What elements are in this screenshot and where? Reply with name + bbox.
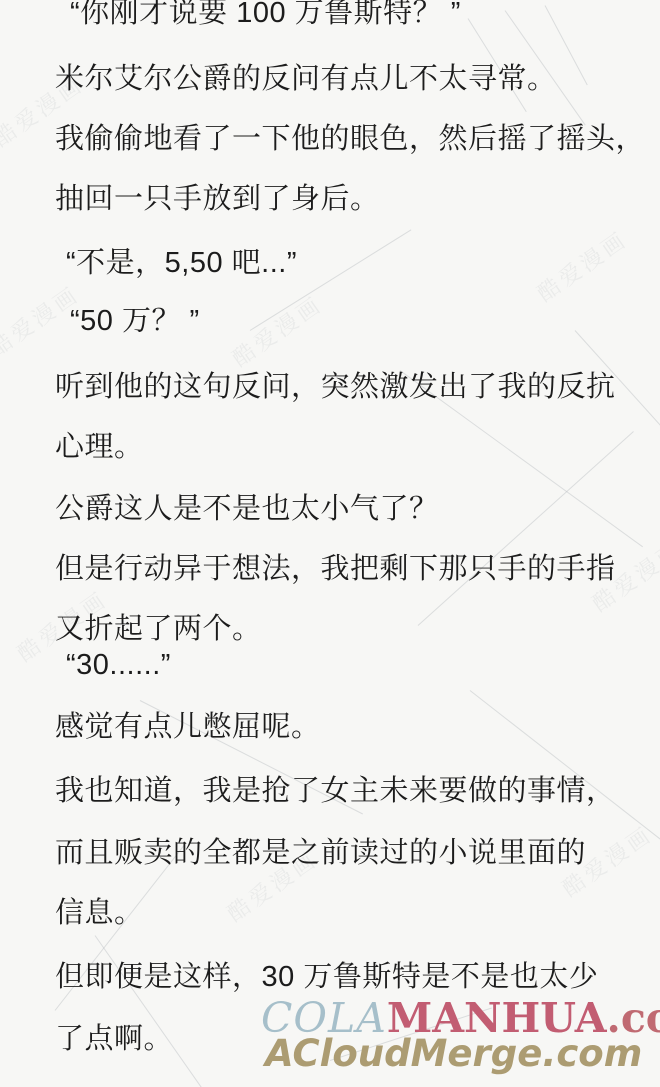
text-line: 我偷偷地看了一下他的眼色，然后摇了摇头， (55, 122, 645, 156)
text-line: 感觉有点儿憋屈呢。 (55, 710, 321, 744)
text-line: 米尔艾尔公爵的反问有点儿不太寻常。 (55, 62, 557, 96)
text-line: 听到他的这句反问，突然激发出了我的反抗 (55, 370, 616, 404)
crease-line (575, 330, 660, 494)
crease-line (95, 935, 205, 1087)
text-line: 信息。 (55, 896, 144, 930)
text-line: 但是行动异于想法，我把剩下那只手的手指 (55, 552, 616, 586)
crease-line (250, 229, 412, 331)
text-line: 心理。 (55, 430, 144, 464)
background-stamp: 酷爱漫画 (531, 223, 634, 308)
text-line: 但即便是这样，30 万鲁斯特是不是也太少 (55, 960, 598, 994)
background-stamp: 酷爱漫画 (226, 288, 329, 373)
text-line: “50 万？ ” (70, 304, 200, 338)
text-line: 抽回一只手放到了身后。 (55, 182, 380, 216)
text-line: 公爵这人是不是也太小气了？ (55, 492, 439, 526)
text-line: “30......” (66, 648, 171, 682)
site-watermark-acloudmerge: ACloudMerge.com (265, 1034, 642, 1074)
text-line: 又折起了两个。 (55, 612, 262, 646)
text-line: 我也知道，我是抢了女主未来要做的事情， (55, 774, 616, 808)
text-line: “你刚才说要 100 万鲁斯特？ ” (70, 0, 461, 30)
text-line: 了点啊。 (55, 1022, 173, 1056)
novel-text-page: 酷爱漫画 酷爱漫画 酷爱漫画 酷爱漫画 酷爱漫画 酷爱漫画 酷爱漫画 酷爱漫画 … (0, 0, 660, 1087)
text-line: 而且贩卖的全都是之前读过的小说里面的 (55, 836, 586, 870)
text-line: “不是，5,50 吧...” (66, 246, 297, 280)
